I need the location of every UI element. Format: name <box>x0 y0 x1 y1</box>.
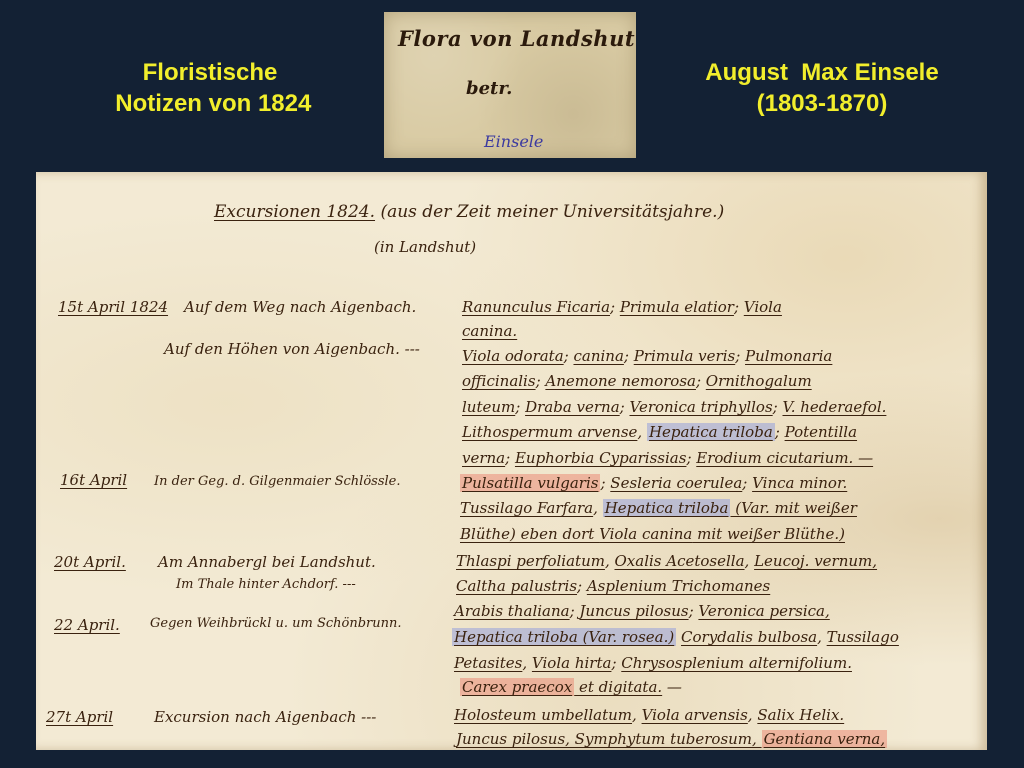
species-line: verna; Euphorbia Cyparissias; Erodium ci… <box>462 449 873 467</box>
species-name: canina <box>573 347 623 365</box>
date-text: 22 April. <box>54 616 120 634</box>
entry-date: 22 April. <box>54 616 120 634</box>
heading-note: (aus der Zeit meiner Universitätsjahre.) <box>380 202 724 222</box>
separator: , <box>632 706 642 724</box>
species-name: Arabis thaliana <box>454 602 570 620</box>
species-name: Viola odorata <box>462 347 564 365</box>
species-line: Ranunculus Ficaria; Primula elatior; Vio… <box>462 298 782 316</box>
species-line: Petasites, Viola hirta; Chrysosplenium a… <box>454 654 852 672</box>
entry-place: Gegen Weihbrückl u. um Schönbrunn. <box>150 616 402 631</box>
species-name: Veronica persica, <box>698 602 829 620</box>
species-name: digitata. <box>599 678 663 696</box>
species-name: ) eben dort <box>510 525 599 543</box>
species-name: Salix Helix. <box>757 706 844 724</box>
entry-date: 15t April 1824 <box>58 298 168 316</box>
species-name: Tussilago Farfara <box>460 499 593 517</box>
species-line: Pulsatilla vulgaris; Sesleria coerulea; … <box>460 474 847 492</box>
species-name: Blüthe <box>460 525 510 543</box>
separator: ; <box>773 398 783 416</box>
separator: , <box>817 628 827 646</box>
herbarium-label-photo: Flora von Landshut betr. Einsele <box>384 12 636 158</box>
separator: ; <box>577 577 587 595</box>
heading-text: Excursionen 1824. <box>214 202 375 222</box>
species-name: Tussilago <box>827 628 899 646</box>
manuscript-heading: Excursionen 1824. (aus der Zeit meiner U… <box>214 202 724 222</box>
species-line: Hepatica triloba (Var. rosea.) Corydalis… <box>452 628 899 646</box>
separator: ; <box>515 398 525 416</box>
species-line: officinalis; Anemone nemorosa; Ornithoga… <box>462 372 812 390</box>
species-line: canina. <box>462 322 517 340</box>
species-name: Caltha palustris <box>456 577 577 595</box>
species-name: Anemone nemorosa <box>545 372 696 390</box>
species-line: Tussilago Farfara, Hepatica triloba (Var… <box>460 499 857 517</box>
entry-date: 20t April. <box>54 553 126 571</box>
species-name: Euphorbia Cyparissias <box>515 449 686 467</box>
species-name: Viola hirta <box>532 654 612 672</box>
species-name: Asplenium Trichomanes <box>587 577 770 595</box>
species-name: Viola arvensis <box>642 706 748 724</box>
entry-place: Im Thale hinter Achdorf. --- <box>176 577 356 592</box>
species-name: Sesleria coerulea <box>610 474 742 492</box>
species-name: canina. <box>462 322 517 340</box>
separator: ; <box>536 372 546 390</box>
highlighted-species-blue: Hepatica triloba (Var. rosea.) <box>452 628 676 646</box>
species-name: et <box>574 678 598 696</box>
separator: ; <box>686 449 696 467</box>
separator: , <box>745 552 755 570</box>
highlighted-species-blue: Hepatica triloba <box>603 499 731 517</box>
entry-date: 16t April <box>60 471 127 489</box>
separator: , <box>637 423 647 441</box>
entry-place: Auf den Höhen von Aigenbach. --- <box>164 340 420 358</box>
date-text: 15t April 1824 <box>58 298 168 316</box>
species-name: Potentilla <box>785 423 857 441</box>
species-name: Oxalis Acetosella <box>615 552 745 570</box>
species-name: Draba verna <box>525 398 620 416</box>
species-line: Juncus pilosus, Symphytum tuberosum, Gen… <box>456 730 887 748</box>
entry-place: In der Geg. d. Gilgenmaier Schlössle. <box>154 474 401 489</box>
species-name: Veronica triphyllos <box>629 398 772 416</box>
separator: ; <box>505 449 515 467</box>
separator: ; <box>689 602 699 620</box>
slide-title-right: August Max Einsele (1803-1870) <box>652 57 992 119</box>
label-line-flora: Flora von Landshut <box>398 26 635 51</box>
title-left-line-1: Floristische <box>60 57 360 88</box>
highlighted-species-red: Pulsatilla vulgaris <box>460 474 600 492</box>
species-name: mit weißer Blüthe.) <box>692 525 845 543</box>
separator: , <box>522 654 532 672</box>
species-name: Viola <box>744 298 782 316</box>
species-name: (Var. mit weißer <box>730 499 856 517</box>
species-line: Arabis thaliana; Juncus pilosus; Veronic… <box>454 602 830 620</box>
species-name: Viola canina <box>599 525 692 543</box>
separator: ; <box>742 474 752 492</box>
species-name: Ranunculus Ficaria <box>462 298 610 316</box>
species-name: Juncus pilosus <box>579 602 688 620</box>
separator: ; <box>611 654 621 672</box>
species-name: V. hederaefol. <box>782 398 886 416</box>
separator: ; <box>696 372 706 390</box>
species-line: Holosteum umbellatum, Viola arvensis, Sa… <box>454 706 844 724</box>
manuscript-location: (in Landshut) <box>374 238 476 256</box>
label-line-betr: betr. <box>466 78 512 99</box>
species-name: Holosteum umbellatum <box>454 706 632 724</box>
species-name: Vinca minor. <box>752 474 847 492</box>
author-lifespan: (1803-1870) <box>652 88 992 119</box>
species-name: verna <box>462 449 505 467</box>
species-line: Carex praecox et digitata. — <box>460 678 682 696</box>
entry-place: Auf dem Weg nach Aigenbach. <box>184 298 416 316</box>
species-name: Juncus pilosus, Symphytum tuberosum, <box>456 730 762 748</box>
separator: , <box>748 706 758 724</box>
separator: , <box>593 499 603 517</box>
label-signature: Einsele <box>484 132 543 151</box>
species-name: officinalis <box>462 372 536 390</box>
species-line: luteum; Draba verna; Veronica triphyllos… <box>462 398 886 416</box>
species-name: Corydalis bulbosa <box>681 628 817 646</box>
slide-title-left: Floristische Notizen von 1824 <box>60 57 360 119</box>
species-name: Thlaspi perfoliatum <box>456 552 605 570</box>
separator: ; <box>734 298 744 316</box>
species-line: Viola odorata; canina; Primula veris; Pu… <box>462 347 832 365</box>
separator: ; <box>620 398 630 416</box>
species-name: Chrysosplenium alternifolium. <box>621 654 852 672</box>
date-text: 16t April <box>60 471 127 489</box>
species-name: Petasites <box>454 654 522 672</box>
highlighted-species-blue: Hepatica triloba <box>647 423 775 441</box>
separator: ; <box>610 298 620 316</box>
species-line: Blüthe) eben dort Viola canina mit weiße… <box>460 525 845 543</box>
species-name: Primula veris <box>634 347 735 365</box>
species-name: Primula elatior <box>620 298 734 316</box>
entry-date: 27t April <box>46 708 113 726</box>
date-text: 27t April <box>46 708 113 726</box>
highlighted-species-red: Gentiana verna, <box>762 730 888 748</box>
separator: — <box>662 678 682 696</box>
species-name: Lithospermum arvense <box>462 423 637 441</box>
species-line: Lithospermum arvense, Hepatica triloba; … <box>462 423 857 441</box>
species-name: luteum <box>462 398 515 416</box>
author-name: August Max Einsele <box>652 57 992 88</box>
species-name: Erodium cicutarium. — <box>696 449 873 467</box>
separator: ; <box>564 347 574 365</box>
separator: ; <box>775 423 785 441</box>
separator: ; <box>600 474 610 492</box>
separator: ; <box>570 602 580 620</box>
manuscript-page: Excursionen 1824. (aus der Zeit meiner U… <box>36 172 987 750</box>
species-name: Ornithogalum <box>706 372 812 390</box>
separator: ; <box>624 347 634 365</box>
entry-place: Excursion nach Aigenbach --- <box>154 708 376 726</box>
species-name: Leucoj. vernum, <box>754 552 877 570</box>
highlighted-species-red: Carex praecox <box>460 678 574 696</box>
title-left-line-2: Notizen von 1824 <box>60 88 360 119</box>
separator: ; <box>735 347 745 365</box>
entry-place: Am Annabergl bei Landshut. <box>158 553 376 571</box>
date-text: 20t April. <box>54 553 126 571</box>
species-line: Caltha palustris; Asplenium Trichomanes <box>456 577 770 595</box>
species-name: Pulmonaria <box>745 347 832 365</box>
species-line: Thlaspi perfoliatum, Oxalis Acetosella, … <box>456 552 877 570</box>
separator: , <box>605 552 615 570</box>
